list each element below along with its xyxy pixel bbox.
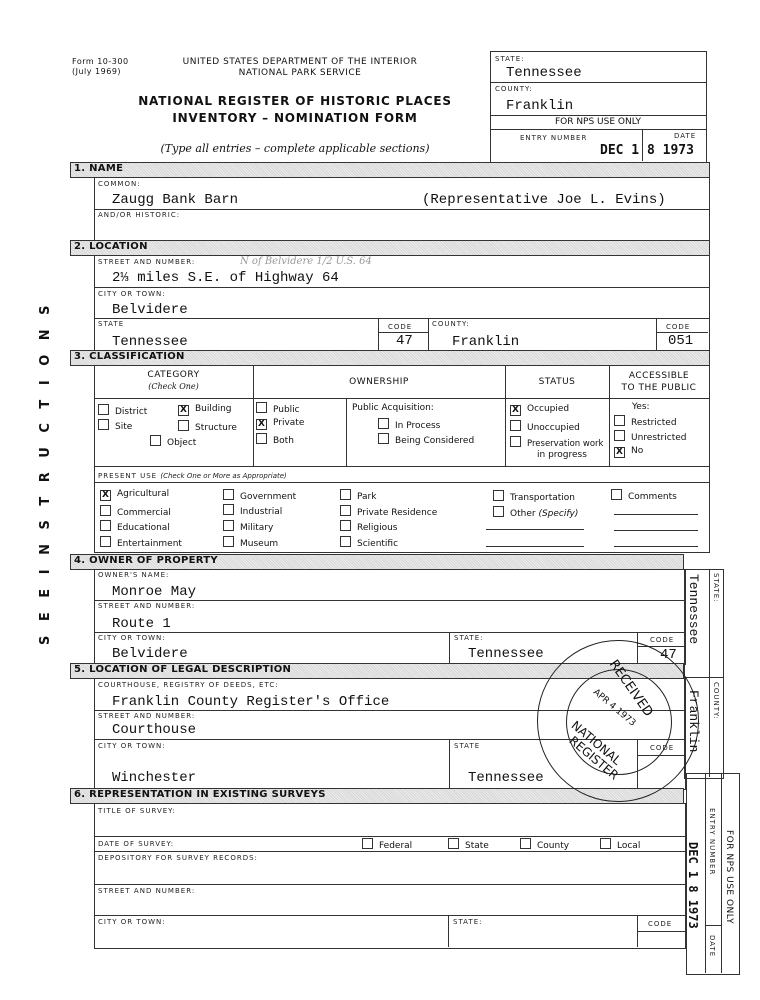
courthouse-label: COURTHOUSE, REGISTRY OF DEEDS, ETC: xyxy=(98,681,279,689)
agency-line-2: NATIONAL PARK SERVICE xyxy=(150,68,450,79)
checkbox-checked-icon[interactable]: X xyxy=(614,447,625,458)
survey-title-label: TITLE OF SURVEY: xyxy=(98,807,176,815)
location-state-field[interactable]: Tennessee xyxy=(112,334,188,350)
state-code-field[interactable]: 47 xyxy=(396,333,413,349)
use-religious-checkbox[interactable]: Religious xyxy=(340,520,398,533)
checkbox-icon[interactable] xyxy=(614,430,625,441)
section-surveys-title: 6. REPRESENTATION IN EXISTING SURVEYS xyxy=(74,789,326,800)
option-label: Building xyxy=(195,404,232,414)
form-number-text: Form 10-300 xyxy=(72,57,129,67)
owner-name-field[interactable]: Monroe May xyxy=(112,584,196,600)
checkbox-icon[interactable] xyxy=(493,506,504,517)
option-label: Scientific xyxy=(357,539,398,549)
checkbox-checked-icon[interactable]: X xyxy=(256,419,267,430)
right-nps-label: FOR NPS USE ONLY xyxy=(724,830,734,924)
checkbox-icon[interactable] xyxy=(256,433,267,444)
top-county-value[interactable]: Franklin xyxy=(506,98,573,114)
category-structure-checkbox[interactable]: Structure xyxy=(178,420,237,433)
option-label: Transportation xyxy=(510,493,575,503)
category-district-checkbox[interactable]: District xyxy=(98,404,147,417)
checkbox-icon[interactable] xyxy=(340,489,351,500)
use-entertainment-checkbox[interactable]: Entertainment xyxy=(100,536,182,549)
owner-city-field[interactable]: Belvidere xyxy=(112,646,188,662)
legal-street-label: STREET AND NUMBER: xyxy=(98,712,195,720)
checkbox-icon[interactable] xyxy=(223,504,234,515)
access-restricted-checkbox[interactable]: Restricted xyxy=(614,415,677,428)
survey-county-checkbox[interactable]: County xyxy=(520,838,569,851)
owner-state-field[interactable]: Tennessee xyxy=(468,646,544,662)
owner-city-label: CITY OR TOWN: xyxy=(98,634,166,642)
option-label: Public xyxy=(273,405,300,415)
use-museum-checkbox[interactable]: Museum xyxy=(223,536,278,549)
title-line-2: INVENTORY – NOMINATION FORM xyxy=(130,110,460,127)
use-military-checkbox[interactable]: Military xyxy=(223,520,273,533)
top-date-stamp: DEC 1 8 1973 xyxy=(600,143,694,158)
location-city-label: CITY OR TOWN: xyxy=(98,290,166,298)
checkbox-icon[interactable] xyxy=(100,536,111,547)
location-street-field[interactable]: 2⅓ miles S.E. of Highway 64 xyxy=(112,270,339,286)
county-code-label: CODE xyxy=(666,323,690,331)
option-label: Religious xyxy=(357,523,398,533)
comments-line-1[interactable] xyxy=(614,514,698,515)
option-label: Structure xyxy=(195,423,237,433)
agency-line-1: UNITED STATES DEPARTMENT OF THE INTERIOR xyxy=(150,57,450,68)
checkbox-checked-icon[interactable]: X xyxy=(100,490,111,501)
common-label: COMMON: xyxy=(98,180,141,188)
category-building-checkbox[interactable]: XBuilding xyxy=(178,404,232,416)
checkbox-icon[interactable] xyxy=(100,520,111,531)
use-private-residence-checkbox[interactable]: Private Residence xyxy=(340,505,437,518)
use-industrial-checkbox[interactable]: Industrial xyxy=(223,504,282,517)
checkbox-icon[interactable] xyxy=(178,420,189,431)
section-owner-header: 4. OWNER OF PROPERTY xyxy=(70,554,684,570)
option-label: Local xyxy=(617,841,640,851)
checkbox-icon[interactable] xyxy=(378,418,389,429)
survey-state-checkbox[interactable]: State xyxy=(448,838,489,851)
section-classification-title: 3. CLASSIFICATION xyxy=(74,351,185,362)
option-label: Unoccupied xyxy=(527,423,580,433)
checkbox-icon[interactable] xyxy=(223,520,234,531)
use-transportation-checkbox[interactable]: Transportation xyxy=(493,490,575,503)
option-label: Occupied xyxy=(527,404,569,414)
legal-state-field[interactable]: Tennessee xyxy=(468,770,544,786)
option-label: Agricultural xyxy=(117,489,169,499)
option-label: Being Considered xyxy=(395,436,474,446)
survey-fields xyxy=(94,803,686,949)
checkbox-icon[interactable] xyxy=(614,415,625,426)
survey-street-label: STREET AND NUMBER: xyxy=(98,887,195,895)
option-label: Other xyxy=(510,509,536,519)
county-code-field[interactable]: 051 xyxy=(668,333,693,349)
checkbox-icon[interactable] xyxy=(98,404,109,415)
status-preservation-checkbox[interactable]: Preservation work xyxy=(510,436,603,449)
acquisition-in-process-checkbox[interactable]: In Process xyxy=(378,418,440,431)
other-specify-label: (Specify) xyxy=(538,509,578,519)
use-government-checkbox[interactable]: Government xyxy=(223,489,296,502)
form-number: Form 10-300 (July 1969) xyxy=(72,57,129,77)
status-header: STATUS xyxy=(505,377,609,387)
location-street-label: STREET AND NUMBER: xyxy=(98,258,195,266)
checkbox-checked-icon[interactable]: X xyxy=(178,405,189,416)
checkbox-icon[interactable] xyxy=(611,489,622,500)
historic-label: AND/OR HISTORIC: xyxy=(98,211,180,219)
checkbox-icon[interactable] xyxy=(223,536,234,547)
acquisition-being-considered-checkbox[interactable]: Being Considered xyxy=(378,433,474,446)
use-park-checkbox[interactable]: Park xyxy=(340,489,376,502)
right-date-stamp: DEC 1 8 1973 xyxy=(686,842,700,929)
survey-federal-checkbox[interactable]: Federal xyxy=(362,838,412,851)
status-occupied-checkbox[interactable]: XOccupied xyxy=(510,404,569,416)
right-date-label: DATE xyxy=(708,935,716,957)
checkbox-icon[interactable] xyxy=(340,505,351,516)
location-county-label: COUNTY: xyxy=(432,320,470,328)
top-state-label: STATE: xyxy=(495,55,524,63)
status-unoccupied-checkbox[interactable]: Unoccupied xyxy=(510,420,580,433)
instruction-text: (Type all entries – complete applicable … xyxy=(130,142,460,155)
option-label: Unrestricted xyxy=(631,433,686,443)
option-label: Museum xyxy=(240,539,278,549)
representative-text: (Representative Joe L. Evins) xyxy=(422,192,666,208)
right-county-label: COUNTY: xyxy=(712,682,720,720)
section-owner-title: 4. OWNER OF PROPERTY xyxy=(74,555,218,566)
checkbox-icon[interactable] xyxy=(520,838,531,849)
state-code-label: CODE xyxy=(388,323,412,331)
ownership-public-checkbox[interactable]: Public xyxy=(256,402,300,415)
right-entry-number-label: ENTRY NUMBER xyxy=(708,808,716,875)
option-label: Both xyxy=(273,436,294,446)
ownership-header: OWNERSHIP xyxy=(253,377,505,387)
top-county-label: COUNTY: xyxy=(495,85,533,93)
common-name-field[interactable]: Zaugg Bank Barn xyxy=(112,192,238,208)
other-line-1[interactable] xyxy=(486,529,584,530)
section-location-header: 2. LOCATION xyxy=(70,240,710,256)
owner-name-label: OWNER'S NAME: xyxy=(98,571,169,579)
option-label: Industrial xyxy=(240,507,282,517)
access-header: ACCESSIBLE TO THE PUBLIC xyxy=(609,370,709,394)
survey-local-checkbox[interactable]: Local xyxy=(600,838,640,851)
use-scientific-checkbox[interactable]: Scientific xyxy=(340,536,398,549)
checkbox-icon[interactable] xyxy=(340,536,351,547)
checkbox-icon[interactable] xyxy=(340,520,351,531)
option-label: District xyxy=(115,407,147,417)
ownership-both-checkbox[interactable]: Both xyxy=(256,433,294,446)
option-label: Private xyxy=(273,418,304,428)
right-state-label: STATE: xyxy=(712,573,720,602)
checkbox-icon[interactable] xyxy=(150,435,161,446)
option-label: Site xyxy=(115,422,132,432)
option-label: Comments xyxy=(628,492,677,502)
present-use-title: PRESENT USE xyxy=(98,472,157,480)
received-stamp: RECEIVED APR 4 1973 NATIONAL REGISTER xyxy=(537,640,699,802)
checkbox-icon[interactable] xyxy=(448,838,459,849)
right-state-value[interactable]: Tennessee xyxy=(686,574,701,644)
section-location-title: 2. LOCATION xyxy=(74,241,148,252)
option-label: Restricted xyxy=(631,418,677,428)
comments-line-2[interactable] xyxy=(614,530,698,531)
location-city-field[interactable]: Belvidere xyxy=(112,302,188,318)
checkbox-icon[interactable] xyxy=(378,433,389,444)
page-title: NATIONAL REGISTER OF HISTORIC PLACES INV… xyxy=(130,93,460,127)
owner-street-field[interactable]: Route 1 xyxy=(112,616,171,632)
legal-city-field[interactable]: Winchester xyxy=(112,770,196,786)
use-other-checkbox[interactable]: Other (Specify) xyxy=(493,506,578,519)
survey-city-label: CITY OR TOWN: xyxy=(98,918,166,926)
option-label: Park xyxy=(357,492,376,502)
option-label: Military xyxy=(240,523,273,533)
category-object-checkbox[interactable]: Object xyxy=(150,435,196,448)
top-nps-label: FOR NPS USE ONLY xyxy=(490,117,706,127)
access-yes-label: Yes: xyxy=(632,402,650,412)
legal-state-label: STATE xyxy=(454,742,480,750)
survey-state-label: STATE: xyxy=(453,918,482,926)
top-date-label: DATE xyxy=(674,132,696,140)
form-date-text: (July 1969) xyxy=(72,67,129,77)
access-no-checkbox[interactable]: XNo xyxy=(614,446,643,458)
section-legal-title: 5. LOCATION OF LEGAL DESCRIPTION xyxy=(74,664,291,675)
checkbox-icon[interactable] xyxy=(510,436,521,447)
status-preservation-sub: in progress xyxy=(537,450,587,460)
checkbox-icon[interactable] xyxy=(100,505,111,516)
option-label: Government xyxy=(240,492,296,502)
present-use-label: PRESENT USE (Check One or More as Approp… xyxy=(98,472,287,480)
section-name-title: 1. NAME xyxy=(74,163,123,174)
checkbox-icon[interactable] xyxy=(510,420,521,431)
legal-city-label: CITY OR TOWN: xyxy=(98,742,166,750)
checkbox-icon[interactable] xyxy=(600,838,611,849)
present-use-sub: (Check One or More as Appropriate) xyxy=(160,472,286,480)
title-line-1: NATIONAL REGISTER OF HISTORIC PLACES xyxy=(130,93,460,110)
courthouse-field[interactable]: Franklin County Register's Office xyxy=(112,694,389,710)
section-classification-header: 3. CLASSIFICATION xyxy=(70,350,710,366)
option-label: Commercial xyxy=(117,508,171,518)
public-acquisition-label: Public Acquisition: xyxy=(352,403,434,413)
use-agricultural-checkbox[interactable]: XAgricultural xyxy=(100,489,169,501)
checkbox-icon[interactable] xyxy=(98,419,109,430)
option-label: Object xyxy=(167,438,196,448)
option-label: County xyxy=(537,841,569,851)
option-label: Federal xyxy=(379,841,412,851)
location-county-field[interactable]: Franklin xyxy=(452,334,519,350)
use-commercial-checkbox[interactable]: Commercial xyxy=(100,505,171,518)
see-instructions-text: S E E I N S T R U C T I O N S xyxy=(38,375,53,645)
access-header-1: ACCESSIBLE xyxy=(609,370,709,382)
location-state-label: STATE xyxy=(98,320,124,328)
legal-street-field[interactable]: Courthouse xyxy=(112,722,196,738)
option-label: Private Residence xyxy=(357,508,437,518)
access-unrestricted-checkbox[interactable]: Unrestricted xyxy=(614,430,686,443)
option-label: State xyxy=(465,841,489,851)
top-entry-number-label: ENTRY NUMBER xyxy=(520,134,587,142)
checkbox-icon[interactable] xyxy=(362,838,373,849)
comments-line-3[interactable] xyxy=(614,546,698,547)
checkbox-checked-icon[interactable]: X xyxy=(510,405,521,416)
handwritten-note: N of Belvidere 1/2 U.S. 64 xyxy=(240,256,372,267)
option-label: No xyxy=(631,446,643,456)
ownership-private-checkbox[interactable]: XPrivate xyxy=(256,418,304,430)
option-label: Entertainment xyxy=(117,539,182,549)
category-header: CATEGORY xyxy=(94,370,253,380)
access-header-2: TO THE PUBLIC xyxy=(609,382,709,394)
owner-street-label: STREET AND NUMBER: xyxy=(98,602,195,610)
category-site-checkbox[interactable]: Site xyxy=(98,419,132,432)
section-name-header: 1. NAME xyxy=(70,162,710,178)
owner-state-label: STATE: xyxy=(454,634,483,642)
top-state-value[interactable]: Tennessee xyxy=(506,65,582,81)
other-line-2[interactable] xyxy=(486,546,584,547)
option-label: Preservation work xyxy=(527,439,603,449)
option-label: In Process xyxy=(395,421,440,431)
checkbox-icon[interactable] xyxy=(493,490,504,501)
depository-label: DEPOSITORY FOR SURVEY RECORDS: xyxy=(98,854,258,862)
survey-code-label: CODE xyxy=(648,920,672,928)
category-subheader: (Check One) xyxy=(94,382,253,391)
use-educational-checkbox[interactable]: Educational xyxy=(100,520,170,533)
agency-header: UNITED STATES DEPARTMENT OF THE INTERIOR… xyxy=(150,57,450,79)
owner-code-label: CODE xyxy=(650,636,674,644)
option-label: Educational xyxy=(117,523,170,533)
use-comments-checkbox[interactable]: Comments xyxy=(611,489,677,502)
checkbox-icon[interactable] xyxy=(256,402,267,413)
checkbox-icon[interactable] xyxy=(223,489,234,500)
survey-date-label: DATE OF SURVEY: xyxy=(98,840,174,848)
